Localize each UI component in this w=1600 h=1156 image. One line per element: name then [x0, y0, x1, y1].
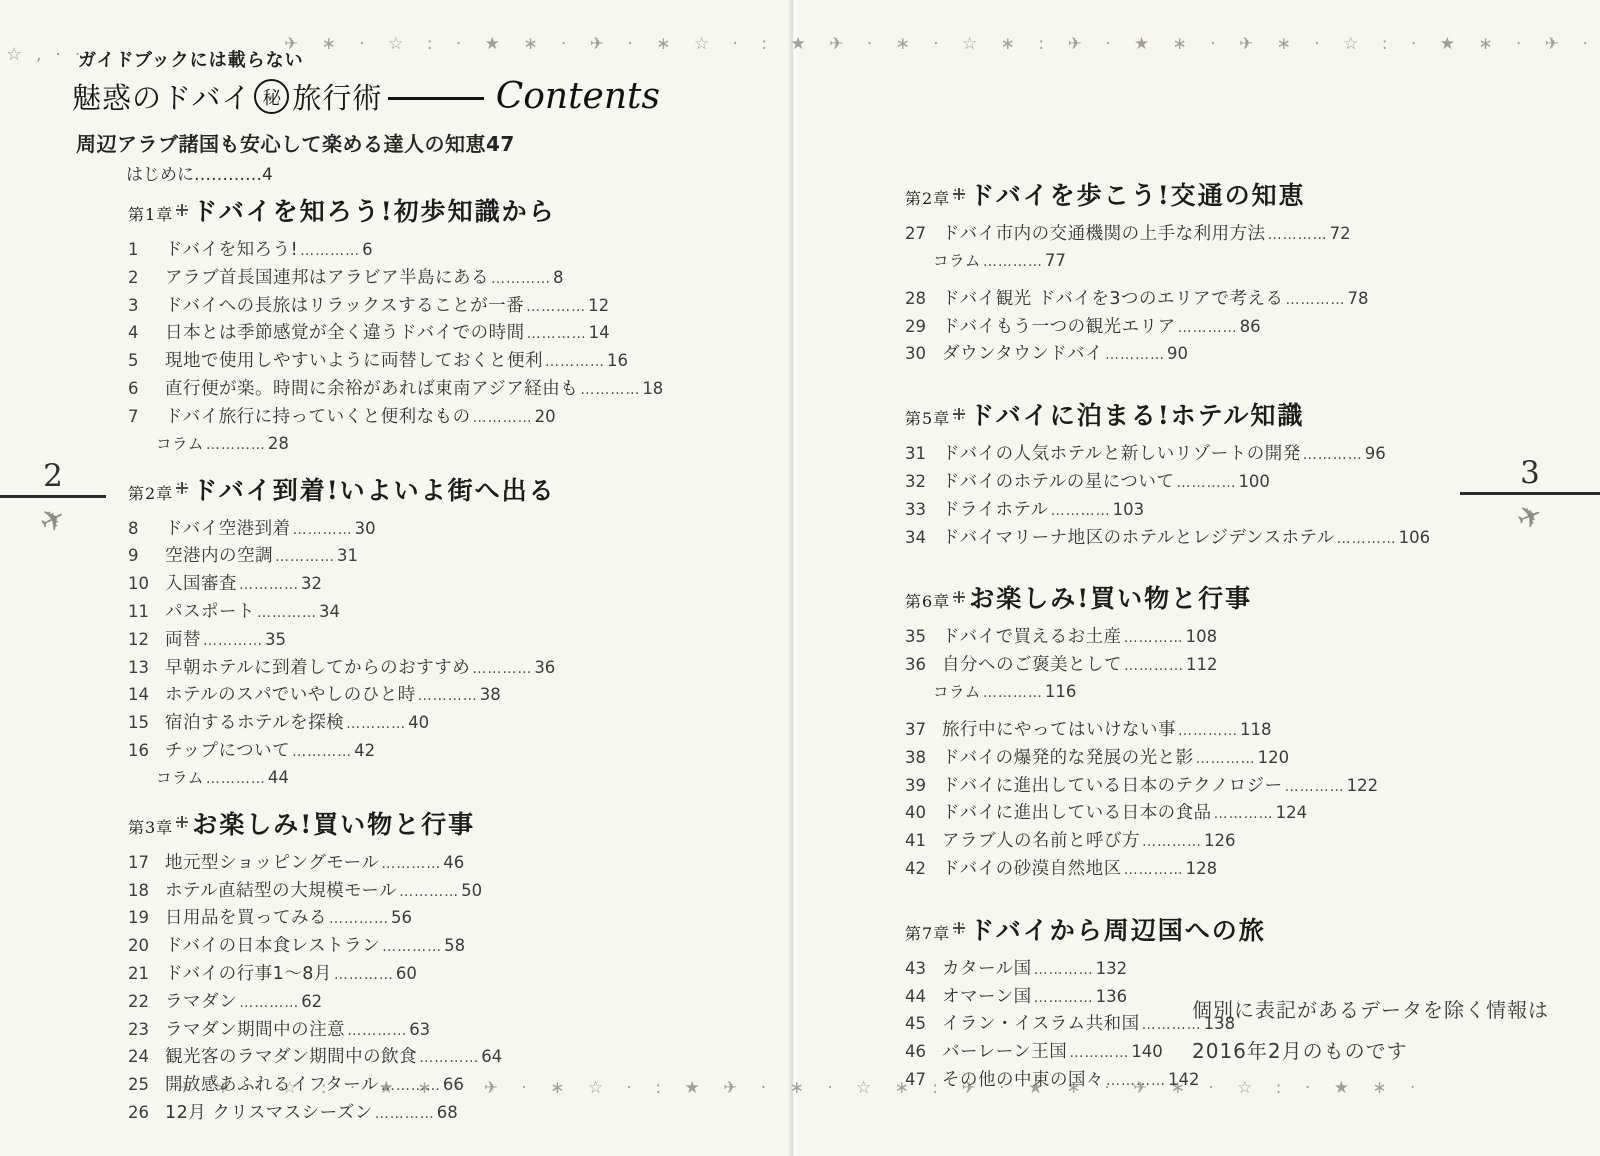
leader-dots: ………… [983, 251, 1043, 274]
chapter-heading: 第7章ドバイから周辺国への旅 [905, 911, 1525, 947]
toc-item-number: 28 [905, 286, 942, 313]
toc-item-title: カタール国 [942, 956, 1032, 983]
leader-dots: ………… [1176, 470, 1236, 497]
toc-chapter: 第3章お楽しみ!買い物と行事17地元型ショッピングモール…………4618ホテル直… [128, 805, 708, 1128]
chapter-title: ドバイを歩こう!交通の知恵 [969, 176, 1305, 212]
toc-item-title: ドバイ市内の交通機関の上手な利用方法 [942, 221, 1266, 248]
toc-column-item: コラム…………44 [156, 766, 708, 791]
toc-item: 32ドバイのホテルの星について…………100 [905, 469, 1525, 497]
toc-item: 7ドバイ旅行に持っていくと便利なもの…………20 [128, 404, 708, 432]
toc-item: 39ドバイに進出している日本のテクノロジー…………122 [905, 773, 1525, 801]
toc-item: 13早朝ホテルに到着してからのおすすめ…………36 [128, 655, 708, 683]
toc-item-number: 3 [128, 293, 165, 320]
toc-item-page: 12 [588, 293, 609, 320]
toc-item-number: 35 [905, 624, 942, 651]
book-gutter-shadow [788, 0, 798, 1156]
chapter-number-label: 第5章 [905, 406, 950, 429]
toc-item-page: 40 [408, 710, 429, 737]
leader-dots: ………… [334, 962, 394, 989]
toc-item-page: 68 [437, 1100, 458, 1127]
leader-dots: ………… [472, 656, 532, 683]
toc-item-number: 22 [128, 989, 165, 1016]
leader-dots: ………… [1124, 857, 1184, 884]
leader-dots: ………… [1105, 342, 1165, 369]
toc-item-number: 1 [128, 237, 165, 264]
toc-item: 17地元型ショッピングモール…………46 [128, 850, 708, 878]
chapter-ornament-cross-icon [953, 588, 965, 607]
toc-item-title: 日用品を買ってみる [165, 905, 327, 932]
toc-item: 22ラマダン…………62 [128, 989, 708, 1017]
leader-dots: ………… [527, 321, 587, 348]
intro-page: 4 [262, 165, 273, 185]
toc-item: 36自分へのご褒美として…………112 [905, 652, 1525, 680]
toc-chapter: 第6章お楽しみ!買い物と行事35ドバイで買えるお土産…………10836自分へのご… [905, 579, 1525, 883]
toc-item-title: ドバイもう一つの観光エリア [942, 314, 1176, 341]
toc-item-page: 6 [362, 237, 373, 264]
leader-dots: ………… [399, 879, 459, 906]
toc-item-number: 45 [905, 1011, 942, 1038]
leader-dots: ………… [491, 266, 551, 293]
toc-item-title: 入国審査 [165, 571, 237, 598]
chapter-number-label: 第3章 [128, 815, 173, 838]
toc-item-page: 90 [1167, 341, 1188, 368]
toc-item-page: 66 [443, 1072, 464, 1099]
chapter-number-label: 第1章 [128, 202, 173, 225]
leader-dots: ………… [381, 851, 441, 878]
toc-item: 38ドバイの爆発的な発展の光と影…………120 [905, 745, 1525, 773]
toc-item-page: 58 [444, 933, 465, 960]
toc-item-title: ドバイの人気ホテルと新しいリゾートの開発 [942, 441, 1301, 468]
toc-column-item: コラム…………77 [933, 249, 1525, 274]
toc-item: 2612月 クリスマスシーズン…………68 [128, 1100, 708, 1128]
toc-chapter: 第1章ドバイを知ろう!初歩知識から1ドバイを知ろう!…………62アラブ首長国連邦… [128, 192, 708, 457]
toc-item-number: 4 [128, 320, 165, 347]
toc-item: 35ドバイで買えるお土産…………108 [905, 624, 1525, 652]
toc-item-page: 120 [1258, 745, 1290, 772]
toc-item-title: ドバイのホテルの星について [942, 469, 1174, 496]
toc-item-page: 132 [1096, 956, 1128, 983]
data-currency-note: 個別に表記があるデータを除く情報は 2016年2月のものです [1192, 990, 1549, 1072]
toc-item-number: 43 [905, 956, 942, 983]
chapter-ornament-cross-icon [953, 185, 965, 204]
toc-item-page: 108 [1186, 624, 1218, 651]
toc-item-number: 20 [128, 933, 165, 960]
leader-dots: ………… [1286, 287, 1346, 314]
toc-item-title: チップについて [165, 738, 290, 765]
leader-dots: ………… [545, 349, 605, 376]
toc-item-number: 19 [128, 905, 165, 932]
toc-item-title: ドバイへの長旅はリラックスすることが一番 [165, 293, 524, 320]
toc-item-page: 128 [1186, 856, 1218, 883]
leader-dots: ………… [1178, 718, 1238, 745]
title-rule-line [388, 97, 483, 100]
toc-item: 40ドバイに進出している日本の食品…………124 [905, 800, 1525, 828]
toc-item-title: ドバイ旅行に持っていくと便利なもの [165, 404, 471, 431]
toc-item-page: 46 [443, 850, 464, 877]
chapter-heading: 第5章ドバイに泊まる!ホテル知識 [905, 396, 1525, 432]
chapter-ornament-cross-icon [176, 479, 188, 498]
leader-dots: ………… [983, 682, 1043, 705]
leader-dots: ………… [194, 165, 262, 185]
toc-right-page-column: 第2章ドバイを歩こう!交通の知恵27ドバイ市内の交通機関の上手な利用方法…………… [905, 176, 1525, 1122]
toc-item-page: 112 [1186, 652, 1218, 679]
toc-column-item: コラム…………28 [156, 432, 708, 457]
toc-item-title: ラマダン期間中の注意 [165, 1017, 345, 1044]
chapter-number-label: 第7章 [905, 921, 950, 944]
leader-dots: ………… [1303, 442, 1363, 469]
toc-item-number: 25 [128, 1072, 165, 1099]
toc-item: 24観光客のラマダン期間中の飲食…………64 [128, 1044, 708, 1072]
leader-dots: ………… [1214, 801, 1274, 828]
toc-item-page: 118 [1240, 717, 1272, 744]
leader-dots: ………… [1124, 653, 1184, 680]
toc-item: 5現地で使用しやすいように両替しておくと便利…………16 [128, 348, 708, 376]
toc-item: 14ホテルのスパでいやしのひと時…………38 [128, 682, 708, 710]
toc-item-page: 50 [461, 878, 482, 905]
chapter-number-label: 第6章 [905, 589, 950, 612]
toc-item-number: 31 [905, 441, 942, 468]
toc-item: 31ドバイの人気ホテルと新しいリゾートの開発…………96 [905, 441, 1525, 469]
note-line-1: 個別に表記があるデータを除く情報は [1192, 990, 1549, 1031]
toc-item-page: 126 [1204, 828, 1236, 855]
toc-item-page: 44 [268, 766, 289, 789]
leader-dots: ………… [1051, 498, 1111, 525]
leader-dots: ………… [206, 434, 266, 457]
contents-title-row: 魅惑のドバイ 秘 旅行術 Contents [72, 76, 660, 117]
toc-item-number: 46 [905, 1039, 942, 1066]
toc-item-number: 40 [905, 800, 942, 827]
toc-item-number: 16 [128, 738, 165, 765]
chapter-heading: 第1章ドバイを知ろう!初歩知識から [128, 192, 708, 228]
leader-dots: ………… [526, 294, 586, 321]
toc-item: 33ドライホテル…………103 [905, 497, 1525, 525]
intro-label: はじめに [126, 165, 194, 185]
toc-item: 3ドバイへの長旅はリラックスすることが一番…………12 [128, 293, 708, 321]
leader-dots: ………… [1124, 625, 1184, 652]
toc-item: 21ドバイの行事1〜8月…………60 [128, 961, 708, 989]
toc-item-title: パスポート [165, 599, 255, 626]
toc-item-number: 47 [905, 1067, 942, 1094]
toc-item: 27ドバイ市内の交通機関の上手な利用方法…………72 [905, 221, 1525, 249]
toc-item-title: 地元型ショッピングモール [165, 850, 379, 877]
toc-item-title: ホテルのスパでいやしのひと時 [165, 682, 416, 709]
toc-item-title: ドバイで買えるお土産 [942, 624, 1122, 651]
toc-item-title: ラマダン [165, 989, 237, 1016]
toc-item: 12両替…………35 [128, 627, 708, 655]
toc-item-number: 32 [905, 469, 942, 496]
secret-circled-kanji-icon: 秘 [254, 79, 289, 114]
toc-item-number: 30 [905, 341, 942, 368]
chapter-ornament-cross-icon [953, 405, 965, 424]
page-number-marker-right: 3 ✈ [1460, 455, 1600, 535]
toc-item-title: ドバイの爆発的な発展の光と影 [942, 745, 1194, 772]
toc-item-number: 36 [905, 652, 942, 679]
leader-dots: ………… [473, 405, 533, 432]
chapter-ornament-cross-icon [953, 919, 965, 938]
leader-dots: ………… [346, 711, 406, 738]
toc-item-page: 38 [480, 682, 501, 709]
leader-dots: ………… [418, 683, 478, 710]
toc-item-number: 26 [128, 1100, 165, 1127]
toc-item: 41アラブ人の名前と呼び方…………126 [905, 828, 1525, 856]
note-line-2: 2016年2月のものです [1192, 1031, 1549, 1072]
book-title-suffix: 旅行術 [292, 76, 382, 117]
book-tagline: ガイドブックには載らない [78, 46, 304, 72]
toc-item-title: ドバイの行事1〜8月 [165, 961, 332, 988]
toc-item-page: 103 [1113, 497, 1145, 524]
toc-item-page: 122 [1347, 773, 1379, 800]
toc-item-number: 37 [905, 717, 942, 744]
toc-item-title: ドバイの日本食レストラン [165, 933, 380, 960]
leader-dots: ………… [292, 739, 352, 766]
chapter-number-label: 第2章 [128, 481, 173, 504]
toc-item: 16チップについて…………42 [128, 738, 708, 766]
toc-column-item: コラム…………116 [933, 680, 1525, 705]
toc-item-page: 140 [1131, 1039, 1163, 1066]
toc-item-page: 64 [481, 1044, 502, 1071]
toc-item-number: 23 [128, 1017, 165, 1044]
toc-item: 6直行便が楽。時間に余裕があれば東南アジア経由も…………18 [128, 376, 708, 404]
toc-item-title: ドライホテル [942, 497, 1049, 524]
toc-item-page: 35 [265, 627, 286, 654]
leader-dots: ………… [1337, 526, 1397, 553]
toc-item: 37旅行中にやってはいけない事…………118 [905, 717, 1525, 745]
leader-dots: ………… [206, 768, 266, 791]
toc-item-title: 観光客のラマダン期間中の飲食 [165, 1044, 417, 1071]
toc-item: 28ドバイ観光 ドバイを3つのエリアで考える…………78 [905, 286, 1525, 314]
toc-item-number: 39 [905, 773, 942, 800]
leader-dots: ………… [293, 517, 353, 544]
toc-item-number: 41 [905, 828, 942, 855]
toc-item-page: 100 [1238, 469, 1270, 496]
toc-item-title: ドバイマリーナ地区のホテルとレジデンスホテル [942, 525, 1335, 552]
toc-item-page: 60 [396, 961, 417, 988]
toc-item: 19日用品を買ってみる…………56 [128, 905, 708, 933]
leader-dots: ………… [275, 544, 335, 571]
toc-item-number: 14 [128, 682, 165, 709]
star-airplane-border-top: ✈ ∗ · ☆ : · ★ ∗ · ✈ · ∗ ☆ · : ★ ✈ · ∗ · … [284, 34, 1592, 76]
toc-item-title: コラム [933, 681, 981, 704]
toc-item-title: コラム [156, 767, 204, 790]
toc-item-page: 32 [301, 571, 322, 598]
chapter-title: お楽しみ!買い物と行事 [192, 805, 475, 841]
toc-item-title: アラブ首長国連邦はアラビア半島にある [165, 265, 489, 292]
toc-item-title: イラン・イスラム共和国 [942, 1011, 1140, 1038]
toc-item-number: 6 [128, 376, 165, 403]
toc-item-title: 現地で使用しやすいように両替しておくと便利 [165, 348, 543, 375]
toc-item-title: ドバイに進出している日本のテクノロジー [942, 773, 1283, 800]
toc-item-title: 宿泊するホテルを探検 [165, 710, 344, 737]
toc-item-title: コラム [156, 433, 204, 456]
page-number-marker-left: 2 ✈ [0, 458, 106, 538]
toc-item: 29ドバイもう一つの観光エリア…………86 [905, 314, 1525, 342]
toc-chapter: 第5章ドバイに泊まる!ホテル知識31ドバイの人気ホテルと新しいリゾートの開発……… [905, 396, 1525, 552]
toc-item: 43カタール国…………132 [905, 956, 1525, 984]
leader-dots: ………… [1034, 985, 1094, 1012]
leader-dots: ………… [300, 238, 360, 265]
toc-item: 30ダウンタウンドバイ…………90 [905, 341, 1525, 369]
toc-item-title: 開放感あふれるイフタール [165, 1072, 379, 1099]
toc-item-page: 42 [354, 738, 375, 765]
toc-item-title: 自分へのご褒美として [942, 652, 1122, 679]
toc-item-title: ドバイ観光 ドバイを3つのエリアで考える [942, 286, 1284, 313]
toc-item: 2アラブ首長国連邦はアラビア半島にある…………8 [128, 265, 708, 293]
chapter-title: お楽しみ!買い物と行事 [969, 579, 1252, 615]
toc-item-page: 14 [589, 320, 610, 347]
leader-dots: ………… [239, 572, 299, 599]
toc-item: 4日本とは季節感覚が全く違うドバイでの時間…………14 [128, 320, 708, 348]
leader-dots: ………… [347, 1018, 407, 1045]
toc-item-number: 5 [128, 348, 165, 375]
toc-item-page: 34 [319, 599, 340, 626]
toc-item: 34ドバイマリーナ地区のホテルとレジデンスホテル…………106 [905, 525, 1525, 553]
leader-dots: ………… [381, 1073, 441, 1100]
toc-item-page: 86 [1240, 314, 1261, 341]
toc-item-title: その他の中東の国々 [942, 1067, 1104, 1094]
toc-item: 9空港内の空調…………31 [128, 543, 708, 571]
toc-item-title: バーレーン王国 [942, 1039, 1067, 1066]
chapter-title: ドバイ到着!いよいよ街へ出る [192, 471, 555, 507]
toc-item-page: 8 [553, 265, 564, 292]
leader-dots: ………… [203, 628, 263, 655]
leader-dots: ………… [1106, 1068, 1166, 1095]
chapter-title: ドバイに泊まる!ホテル知識 [969, 396, 1304, 432]
toc-item-page: 56 [391, 905, 412, 932]
toc-item: 42ドバイの砂漠自然地区…………128 [905, 856, 1525, 884]
toc-item: 15宿泊するホテルを探検…………40 [128, 710, 708, 738]
toc-item-number: 15 [128, 710, 165, 737]
leader-dots: ………… [239, 990, 299, 1017]
toc-item-title: 両替 [165, 627, 201, 654]
toc-item-page: 62 [301, 989, 322, 1016]
toc-item-page: 116 [1045, 680, 1077, 703]
toc-left-page-column: 第1章ドバイを知ろう!初歩知識から1ドバイを知ろう!…………62アラブ首長国連邦… [128, 192, 708, 1142]
toc-item-page: 136 [1096, 984, 1128, 1011]
toc-item-page: 30 [355, 516, 376, 543]
toc-item-page: 72 [1330, 221, 1351, 248]
leader-dots: ………… [1178, 315, 1238, 342]
toc-item: 8ドバイ空港到着…………30 [128, 516, 708, 544]
toc-item-number: 7 [128, 404, 165, 431]
leader-dots: ………… [375, 1101, 435, 1128]
toc-item-number: 12 [128, 627, 165, 654]
toc-item-page: 96 [1365, 441, 1386, 468]
chapter-heading: 第2章ドバイ到着!いよいよ街へ出る [128, 471, 708, 507]
toc-item-title: 早朝ホテルに到着してからのおすすめ [165, 655, 470, 682]
toc-item-page: 106 [1399, 525, 1431, 552]
toc-item-page: 63 [409, 1017, 430, 1044]
toc-item: 20ドバイの日本食レストラン…………58 [128, 933, 708, 961]
chapter-heading: 第2章ドバイを歩こう!交通の知恵 [905, 176, 1525, 212]
contents-heading: Contents [496, 76, 660, 117]
toc-item-number: 44 [905, 984, 942, 1011]
toc-item-number: 18 [128, 878, 165, 905]
toc-item-title: アラブ人の名前と呼び方 [942, 828, 1140, 855]
toc-item-page: 77 [1045, 249, 1066, 272]
book-subtitle: 周辺アラブ諸国も安心して楽める達人の知恵47 [76, 128, 515, 157]
toc-item-page: 78 [1348, 286, 1369, 313]
toc-item-page: 28 [268, 432, 289, 455]
toc-item-title: コラム [933, 250, 981, 273]
toc-item: 10入国審査…………32 [128, 571, 708, 599]
toc-item-page: 31 [337, 543, 358, 570]
toc-item-title: 旅行中にやってはいけない事 [942, 717, 1176, 744]
toc-item-title: 日本とは季節感覚が全く違うドバイでの時間 [165, 320, 525, 347]
toc-item-number: 27 [905, 221, 942, 248]
toc-item-title: 直行便が楽。時間に余裕があれば東南アジア経由も [165, 376, 578, 403]
leader-dots: ………… [1285, 774, 1345, 801]
toc-item-title: ダウンタウンドバイ [942, 341, 1103, 368]
toc-item-number: 29 [905, 314, 942, 341]
toc-item-page: 124 [1276, 800, 1308, 827]
book-title: 魅惑のドバイ [72, 76, 251, 117]
toc-item-title: ドバイを知ろう! [165, 237, 298, 264]
toc-item-title: 12月 クリスマスシーズン [165, 1100, 373, 1127]
toc-item-number: 24 [128, 1044, 165, 1071]
chapter-ornament-cross-icon [176, 201, 188, 220]
toc-item: 1ドバイを知ろう!…………6 [128, 237, 708, 265]
toc-item: 25開放感あふれるイフタール…………66 [128, 1072, 708, 1100]
leader-dots: ………… [257, 600, 317, 627]
leader-dots: ………… [382, 934, 442, 961]
toc-item-number: 21 [128, 961, 165, 988]
toc-item-number: 17 [128, 850, 165, 877]
toc-item-page: 20 [535, 404, 556, 431]
toc-item-title: ドバイ空港到着 [165, 516, 291, 543]
toc-item-number: 13 [128, 655, 165, 682]
leader-dots: ………… [1268, 222, 1328, 249]
chapter-ornament-cross-icon [176, 813, 188, 832]
leader-dots: ………… [1069, 1040, 1129, 1067]
toc-item-number: 9 [128, 543, 165, 570]
toc-item-title: 空港内の空調 [165, 543, 273, 570]
toc-item-page: 18 [642, 376, 663, 403]
toc-item-title: ホテル直結型の大規模モール [165, 878, 397, 905]
leader-dots: ………… [580, 377, 640, 404]
toc-intro-row: はじめに…………4 [126, 160, 273, 185]
toc-item-page: 36 [534, 655, 555, 682]
chapter-heading: 第6章お楽しみ!買い物と行事 [905, 579, 1525, 615]
leader-dots: ………… [329, 906, 389, 933]
toc-chapter: 第2章ドバイを歩こう!交通の知恵27ドバイ市内の交通機関の上手な利用方法…………… [905, 176, 1525, 369]
leader-dots: ………… [1034, 957, 1094, 984]
toc-item-number: 2 [128, 265, 165, 292]
toc-item-number: 8 [128, 516, 165, 543]
chapter-number-label: 第2章 [905, 186, 950, 209]
toc-item-number: 11 [128, 599, 165, 626]
toc-item: 11パスポート…………34 [128, 599, 708, 627]
leader-dots: ………… [1196, 746, 1256, 773]
chapter-title: ドバイを知ろう!初歩知識から [192, 192, 555, 228]
toc-item-title: オマーン国 [942, 984, 1032, 1011]
toc-item-number: 10 [128, 571, 165, 598]
toc-item-page: 16 [607, 348, 628, 375]
chapter-heading: 第3章お楽しみ!買い物と行事 [128, 805, 708, 841]
toc-item-number: 33 [905, 497, 942, 524]
toc-item-number: 38 [905, 745, 942, 772]
toc-item: 23ラマダン期間中の注意…………63 [128, 1017, 708, 1045]
leader-dots: ………… [419, 1045, 479, 1072]
toc-item-number: 42 [905, 856, 942, 883]
toc-item-title: ドバイの砂漠自然地区 [942, 856, 1122, 883]
toc-item: 18ホテル直結型の大規模モール…………50 [128, 878, 708, 906]
leader-dots: ………… [1142, 829, 1202, 856]
star-doodle-fragment: ☆ , · · [6, 44, 84, 65]
toc-item-title: ドバイに進出している日本の食品 [942, 800, 1212, 827]
toc-item-number: 34 [905, 525, 942, 552]
toc-chapter: 第2章ドバイ到着!いよいよ街へ出る8ドバイ空港到着…………309空港内の空調……… [128, 471, 708, 791]
chapter-title: ドバイから周辺国への旅 [969, 911, 1266, 947]
